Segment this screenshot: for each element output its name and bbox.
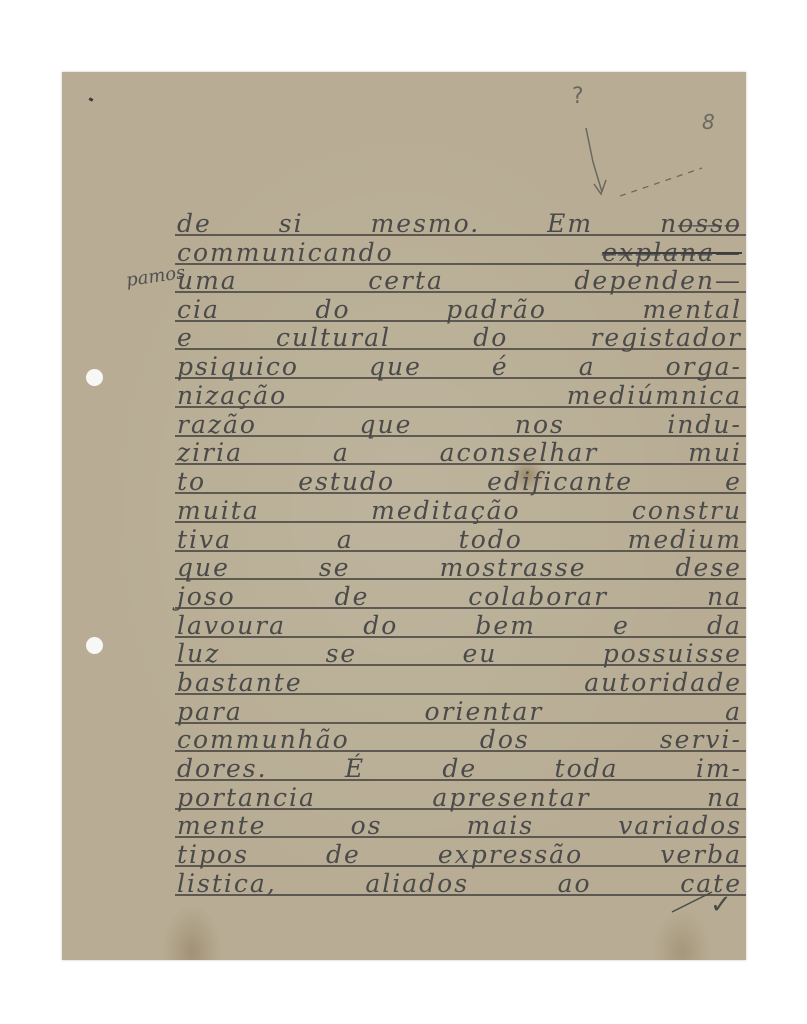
handwritten-line: menteosmaisvariados xyxy=(177,811,742,841)
handwritten-line: portanciaapresentarna xyxy=(177,783,742,813)
handwritten-line: listica,aliadosaocate xyxy=(177,869,742,899)
handwritten-line: lavouradobemeda xyxy=(177,611,742,641)
handwritten-line: umacertadependen— xyxy=(177,266,742,296)
handwritten-line: quesemostrassedese xyxy=(177,553,742,583)
handwritten-line: ciadopadrãomental xyxy=(177,295,742,325)
handwritten-line: desimesmo.Emno̶s̶s̶o̶ xyxy=(177,209,742,239)
manuscript-page: ? 8 pamos desimesmo.Emno̶s̶s̶o̶ communic… xyxy=(62,72,746,960)
handwritten-line: nizaçãomediúmnica xyxy=(177,381,742,411)
handwritten-line: paraorientara xyxy=(177,697,742,727)
handwritten-line: razãoquenosindu- xyxy=(177,410,742,440)
handwritten-line: tivaatodomedium xyxy=(177,525,742,555)
handwritten-line: josodecolaborarna xyxy=(177,582,742,612)
handwritten-line: communhãodosservi- xyxy=(177,725,742,755)
handwritten-line: luzseeupossuisse xyxy=(177,639,742,669)
handwritten-line: muitameditaçãoconstru xyxy=(177,496,742,526)
handwritten-line: eculturaldoregistador xyxy=(177,323,742,353)
handwritten-line: bastanteautoridade xyxy=(177,668,742,698)
check-mark-icon: ✓ xyxy=(710,890,732,920)
handwritten-line: toestudoedificantee xyxy=(177,467,742,497)
handwritten-line: ziriaaaconselharmui xyxy=(177,438,742,468)
handwritten-line: communicandoe̶x̶p̶l̶a̶n̶a̶— xyxy=(177,238,742,268)
handwritten-line: dores.Édetodaim- xyxy=(177,754,742,784)
handwritten-line: tiposdeexpressãoverba xyxy=(177,840,742,870)
handwritten-line: psiquicoqueéaorga- xyxy=(177,352,742,382)
